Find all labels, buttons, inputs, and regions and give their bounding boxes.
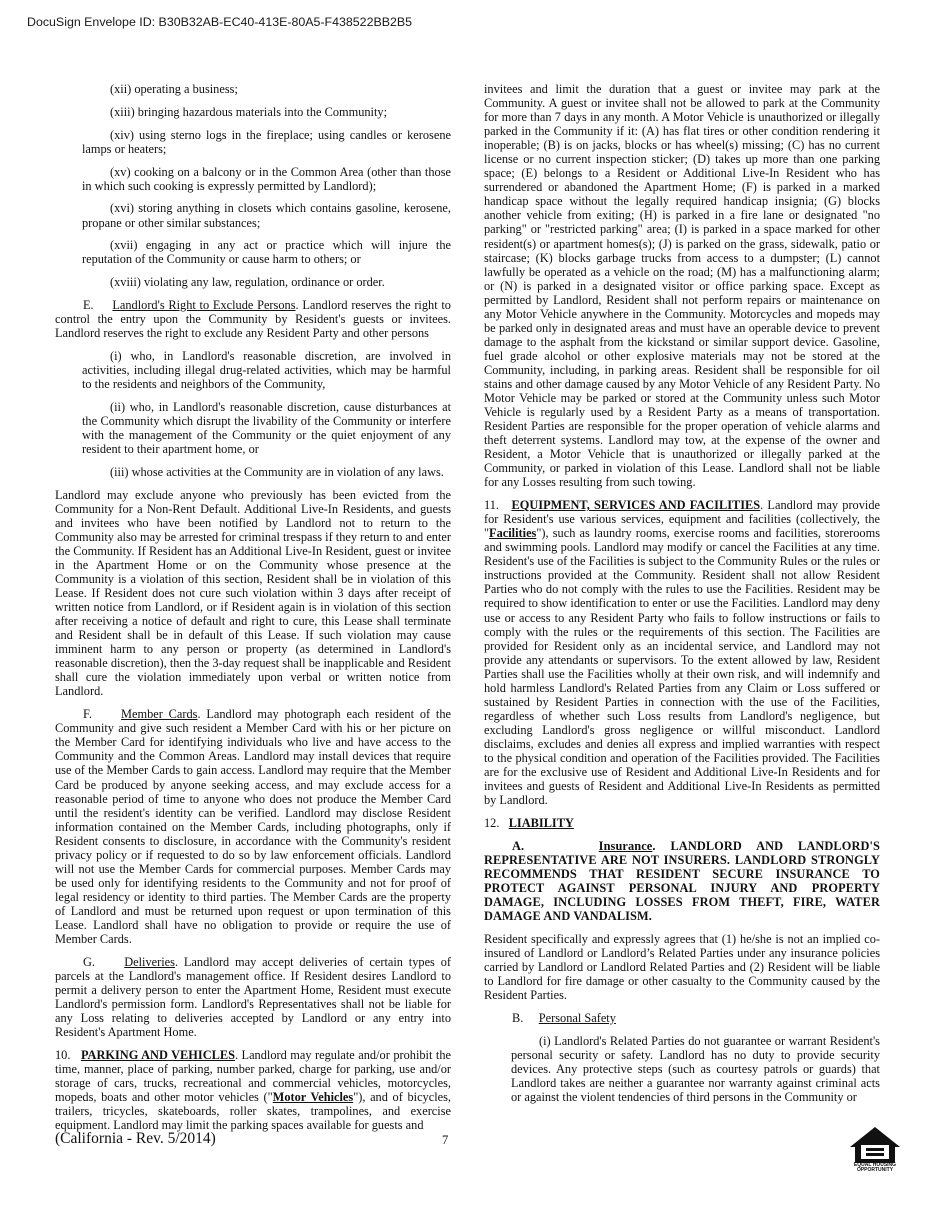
section-g: G. Deliveries. Landlord may accept deliv… <box>55 955 451 1039</box>
section-11-text-after: "), such as laundry rooms, exercise room… <box>484 526 880 807</box>
section-12b-i: (i) Landlord's Related Parties do not gu… <box>511 1034 880 1104</box>
section-12-title: LIABILITY <box>509 816 574 830</box>
parking-continued: invitees and limit the duration that a g… <box>484 82 880 489</box>
facilities-term: Facilities <box>489 526 536 540</box>
section-e: E. Landlord's Right to Exclude Persons. … <box>55 298 451 340</box>
section-12b-heading: B. Personal Safety <box>484 1011 880 1025</box>
list-item: (xiii) bringing hazardous materials into… <box>82 105 451 119</box>
exclude-item: (iii) whose activities at the Community … <box>82 465 451 479</box>
section-12a-insurance: A. Insurance. LANDLORD AND LANDLORD'S RE… <box>484 839 880 923</box>
list-item: (xii) operating a business; <box>82 82 451 96</box>
section-12b-label: B. <box>512 1011 523 1025</box>
envelope-id: DocuSign Envelope ID: B30B32AB-EC40-413E… <box>27 15 412 29</box>
section-e-label: E. <box>83 298 94 312</box>
section-f: F. Member Cards. Landlord may photograph… <box>55 707 451 946</box>
equal-housing-text: EQUAL HOUSING OPPORTUNITY <box>849 1163 901 1173</box>
list-item: (xvii) engaging in any act or practice w… <box>82 238 451 266</box>
section-g-label: G. <box>83 955 95 969</box>
list-item: (xiv) using sterno logs in the fireplace… <box>82 128 451 156</box>
exclude-item: (i) who, in Landlord's reasonable discre… <box>82 349 451 391</box>
section-11: 11. EQUIPMENT, SERVICES AND FACILITIES. … <box>484 498 880 807</box>
section-f-label: F. <box>83 707 92 721</box>
section-12-heading: 12. LIABILITY <box>484 816 880 830</box>
section-12b-title: Personal Safety <box>539 1011 616 1025</box>
section-12a-label: A. <box>512 839 524 853</box>
section-12-number: 12. <box>484 816 499 830</box>
list-item: (xv) cooking on a balcony or in the Comm… <box>82 165 451 193</box>
page-number: 7 <box>442 1133 448 1148</box>
exclude-item: (ii) who, in Landlord's reasonable discr… <box>82 400 451 456</box>
section-g-text: . Landlord may accept deliveries of cert… <box>55 955 451 1039</box>
section-f-title: Member Cards <box>121 707 197 721</box>
list-item: (xviii) violating any law, regulation, o… <box>82 275 451 289</box>
exclude-paragraph: Landlord may exclude anyone who previous… <box>55 488 451 699</box>
section-10: 10. PARKING AND VEHICLES. Landlord may r… <box>55 1048 451 1132</box>
revision-label: (California - Rev. 5/2014) <box>55 1130 216 1148</box>
section-11-number: 11. <box>484 498 499 512</box>
section-12a-text: . LANDLORD AND LANDLORD'S REPRESENTATIVE… <box>484 839 880 923</box>
section-g-title: Deliveries <box>124 955 175 969</box>
section-11-title: EQUIPMENT, SERVICES AND FACILITIES <box>512 498 761 512</box>
section-10-number: 10. <box>55 1048 70 1062</box>
left-column: (xii) operating a business; (xiii) bring… <box>82 82 451 1141</box>
eho-line-2: OPPORTUNITY <box>849 1168 901 1173</box>
section-f-text: . Landlord may photograph each resident … <box>55 707 451 946</box>
section-e-title: Landlord's Right to Exclude Persons <box>112 298 295 312</box>
coinsured-paragraph: Resident specifically and expressly agre… <box>484 932 880 1002</box>
section-12a-title: Insurance <box>599 839 653 853</box>
right-column: invitees and limit the duration that a g… <box>484 82 880 1113</box>
list-item: (xvi) storing anything in closets which … <box>82 201 451 229</box>
motor-vehicles-term: Motor Vehicles <box>273 1090 354 1104</box>
section-10-title: PARKING AND VEHICLES <box>81 1048 235 1062</box>
